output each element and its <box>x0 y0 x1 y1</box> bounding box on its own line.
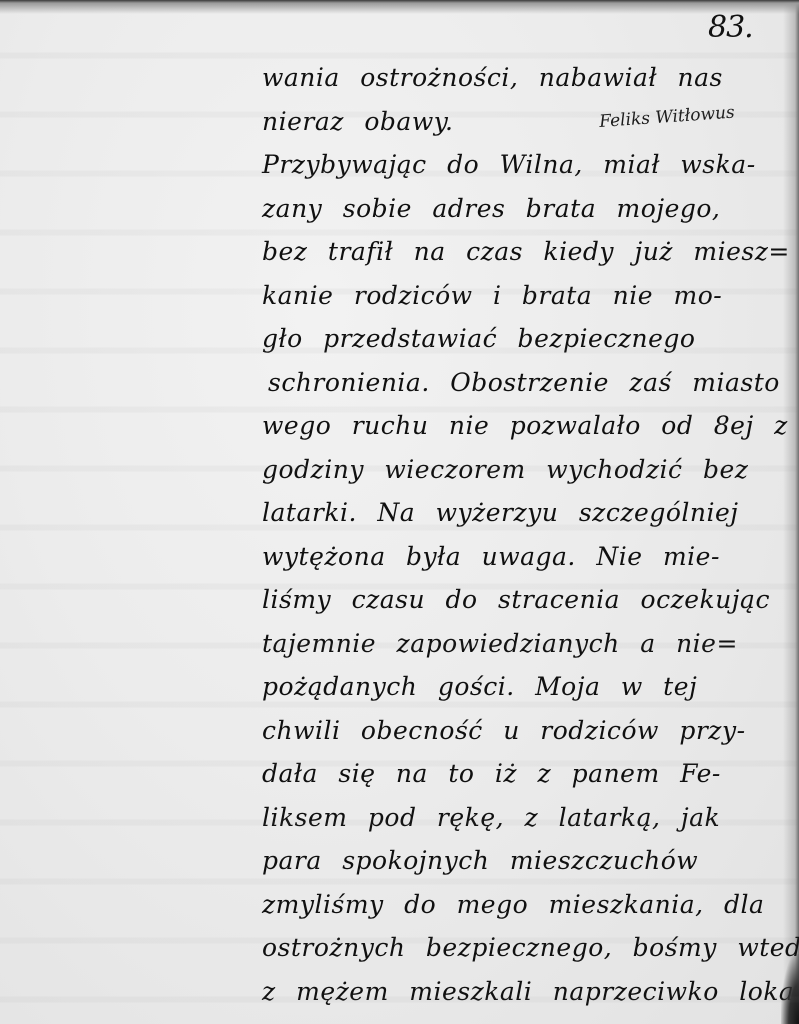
text-line: schronienia. Obostrzenie zaś miasto <box>262 361 782 405</box>
text-line: wania ostrożności, nabawiał nas <box>262 56 782 100</box>
text-line: liśmy czasu do stracenia oczekując <box>262 578 782 622</box>
text-line: para spokojnych mieszczuchów <box>262 839 782 883</box>
text-line: kanie rodziców i brata nie mo- <box>262 274 782 318</box>
page-corner-shadow <box>781 954 799 1024</box>
text-line: ostrożnych bezpiecznego, bośmy wtedy <box>262 926 782 970</box>
text-line: gło przedstawiać bezpiecznego <box>262 317 782 361</box>
text-line: wytężona była uwaga. Nie mie- <box>262 535 782 579</box>
text-line: pożądanych gości. Moja w tej <box>262 665 782 709</box>
manuscript-page: 83. Feliks Witłowus wania ostrożności, n… <box>0 0 799 1024</box>
text-line: bez trafił na czas kiedy już miesz= <box>262 230 782 274</box>
text-line: nieraz obawy. <box>262 100 782 144</box>
text-line: zany sobie adres brata mojego, <box>262 187 782 231</box>
text-line: chwili obecność u rodziców przy- <box>262 709 782 753</box>
text-line: liksem pod rękę, z latarką, jak <box>262 796 782 840</box>
text-line: latarki. Na wyżerzyu szczególniej <box>262 491 782 535</box>
text-line: wego ruchu nie pozwalało od 8ej z <box>262 404 782 448</box>
text-line: zmyliśmy do mego mieszkania, dla <box>262 883 782 927</box>
text-line: tajemnie zapowiedzianych a nie= <box>262 622 782 666</box>
text-line: godziny wieczorem wychodzić bez <box>262 448 782 492</box>
text-line: Przybywając do Wilna, miał wska- <box>262 143 782 187</box>
page-number: 83. <box>708 10 753 45</box>
text-line: dała się na to iż z panem Fe- <box>262 752 782 796</box>
handwritten-text-body: wania ostrożności, nabawiał nas nieraz o… <box>262 56 782 1013</box>
text-line: z mężem mieszkali naprzeciwko loka- <box>262 970 782 1014</box>
